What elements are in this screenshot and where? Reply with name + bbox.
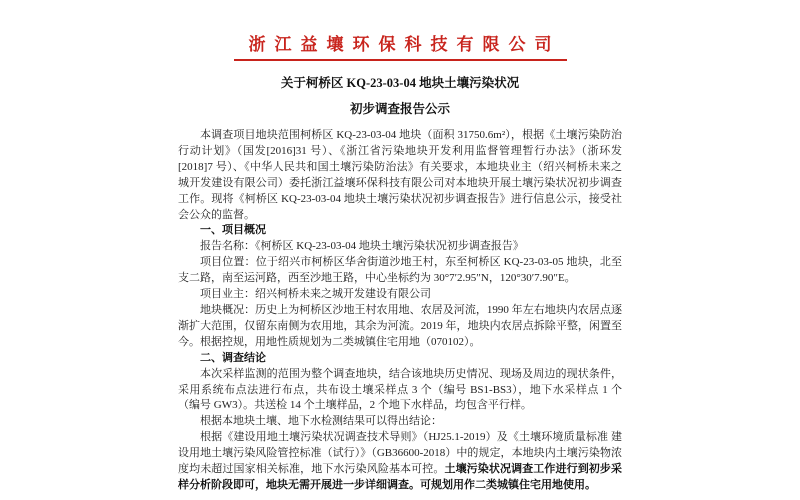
result-intro-line: 根据本地块土壤、地下水检测结果可以得出结论： — [178, 414, 622, 430]
document-page: 浙江益壤环保科技有限公司 关于柯桥区 KQ-23-03-04 地块土壤污染状况 … — [0, 0, 800, 500]
project-owner-line: 项目业主：绍兴柯桥未来之城开发建设有限公司 — [178, 287, 622, 303]
sampling-paragraph: 本次采样监测的范围为整个调查地块，结合该地块历史情况、现场及周边的现状条件，采用… — [178, 367, 622, 415]
document-body: 本调查项目地块范围柯桥区 KQ-23-03-04 地块（面积 31750.6m²… — [178, 128, 622, 494]
section2-heading: 二、调查结论 — [178, 351, 622, 367]
site-overview-paragraph: 地块概况：历史上为柯桥区沙地王村农用地、农居及河流，1990 年左右地块内农居点… — [178, 303, 622, 351]
document-title-line1: 关于柯桥区 KQ-23-03-04 地块土壤污染状况 — [0, 73, 800, 91]
company-title: 浙江益壤环保科技有限公司 — [234, 30, 567, 61]
intro-paragraph: 本调查项目地块范围柯桥区 KQ-23-03-04 地块（面积 31750.6m²… — [178, 128, 622, 223]
conclusion-paragraph: 根据《建设用地土壤污染状况调查技术导则》（HJ25.1-2019）及《土壤环境质… — [178, 430, 622, 494]
project-location-line: 项目位置：位于绍兴市柯桥区华舍街道沙地王村，东至柯桥区 KQ-23-03-05 … — [178, 255, 622, 287]
section1-heading: 一、项目概况 — [178, 223, 622, 239]
report-name-line: 报告名称：《柯桥区 KQ-23-03-04 地块土壤污染状况初步调查报告》 — [178, 239, 622, 255]
document-title-line2: 初步调查报告公示 — [0, 99, 800, 117]
document-header: 浙江益壤环保科技有限公司 关于柯桥区 KQ-23-03-04 地块土壤污染状况 … — [0, 30, 800, 117]
